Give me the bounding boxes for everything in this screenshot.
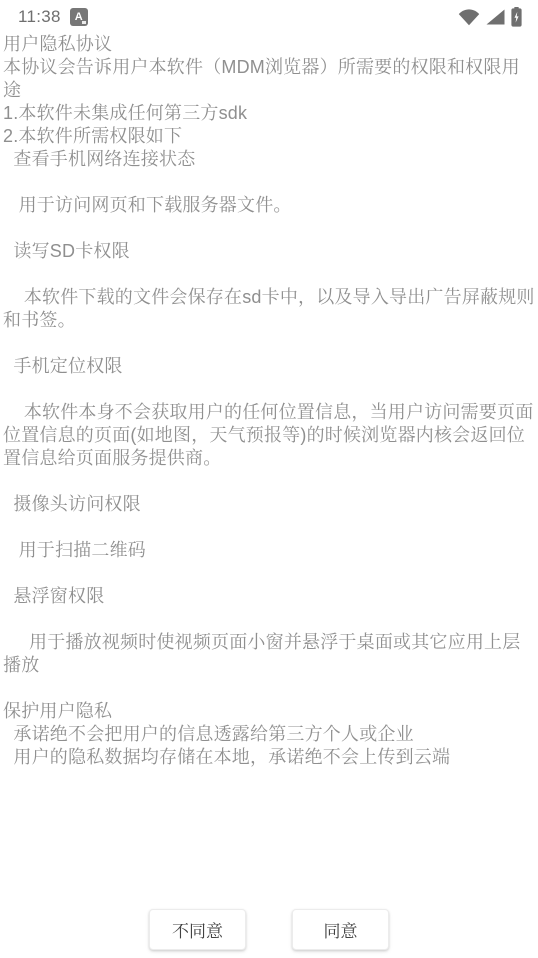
app-notification-letter: A (75, 12, 83, 23)
battery-charging-icon (511, 7, 522, 27)
disagree-button[interactable]: 不同意 (149, 909, 246, 950)
cellular-signal-icon (486, 9, 505, 25)
status-time: 11:38 (18, 7, 61, 27)
privacy-agreement-text: 用户隐私协议 本协议会告诉用户本软件（MDM浏览器）所需要的权限和权限用途 1.… (3, 33, 535, 769)
app-screen: 11:38 A 用户隐私协议 本协议会告诉用 (0, 0, 538, 958)
status-bar-right (458, 7, 522, 27)
dialog-button-row: 不同意 同意 (0, 909, 538, 950)
app-notification-icon: A (70, 8, 88, 26)
status-bar: 11:38 A (0, 0, 538, 31)
status-bar-left: 11:38 A (18, 7, 88, 27)
agree-button[interactable]: 同意 (292, 909, 389, 950)
wifi-icon (458, 9, 480, 26)
